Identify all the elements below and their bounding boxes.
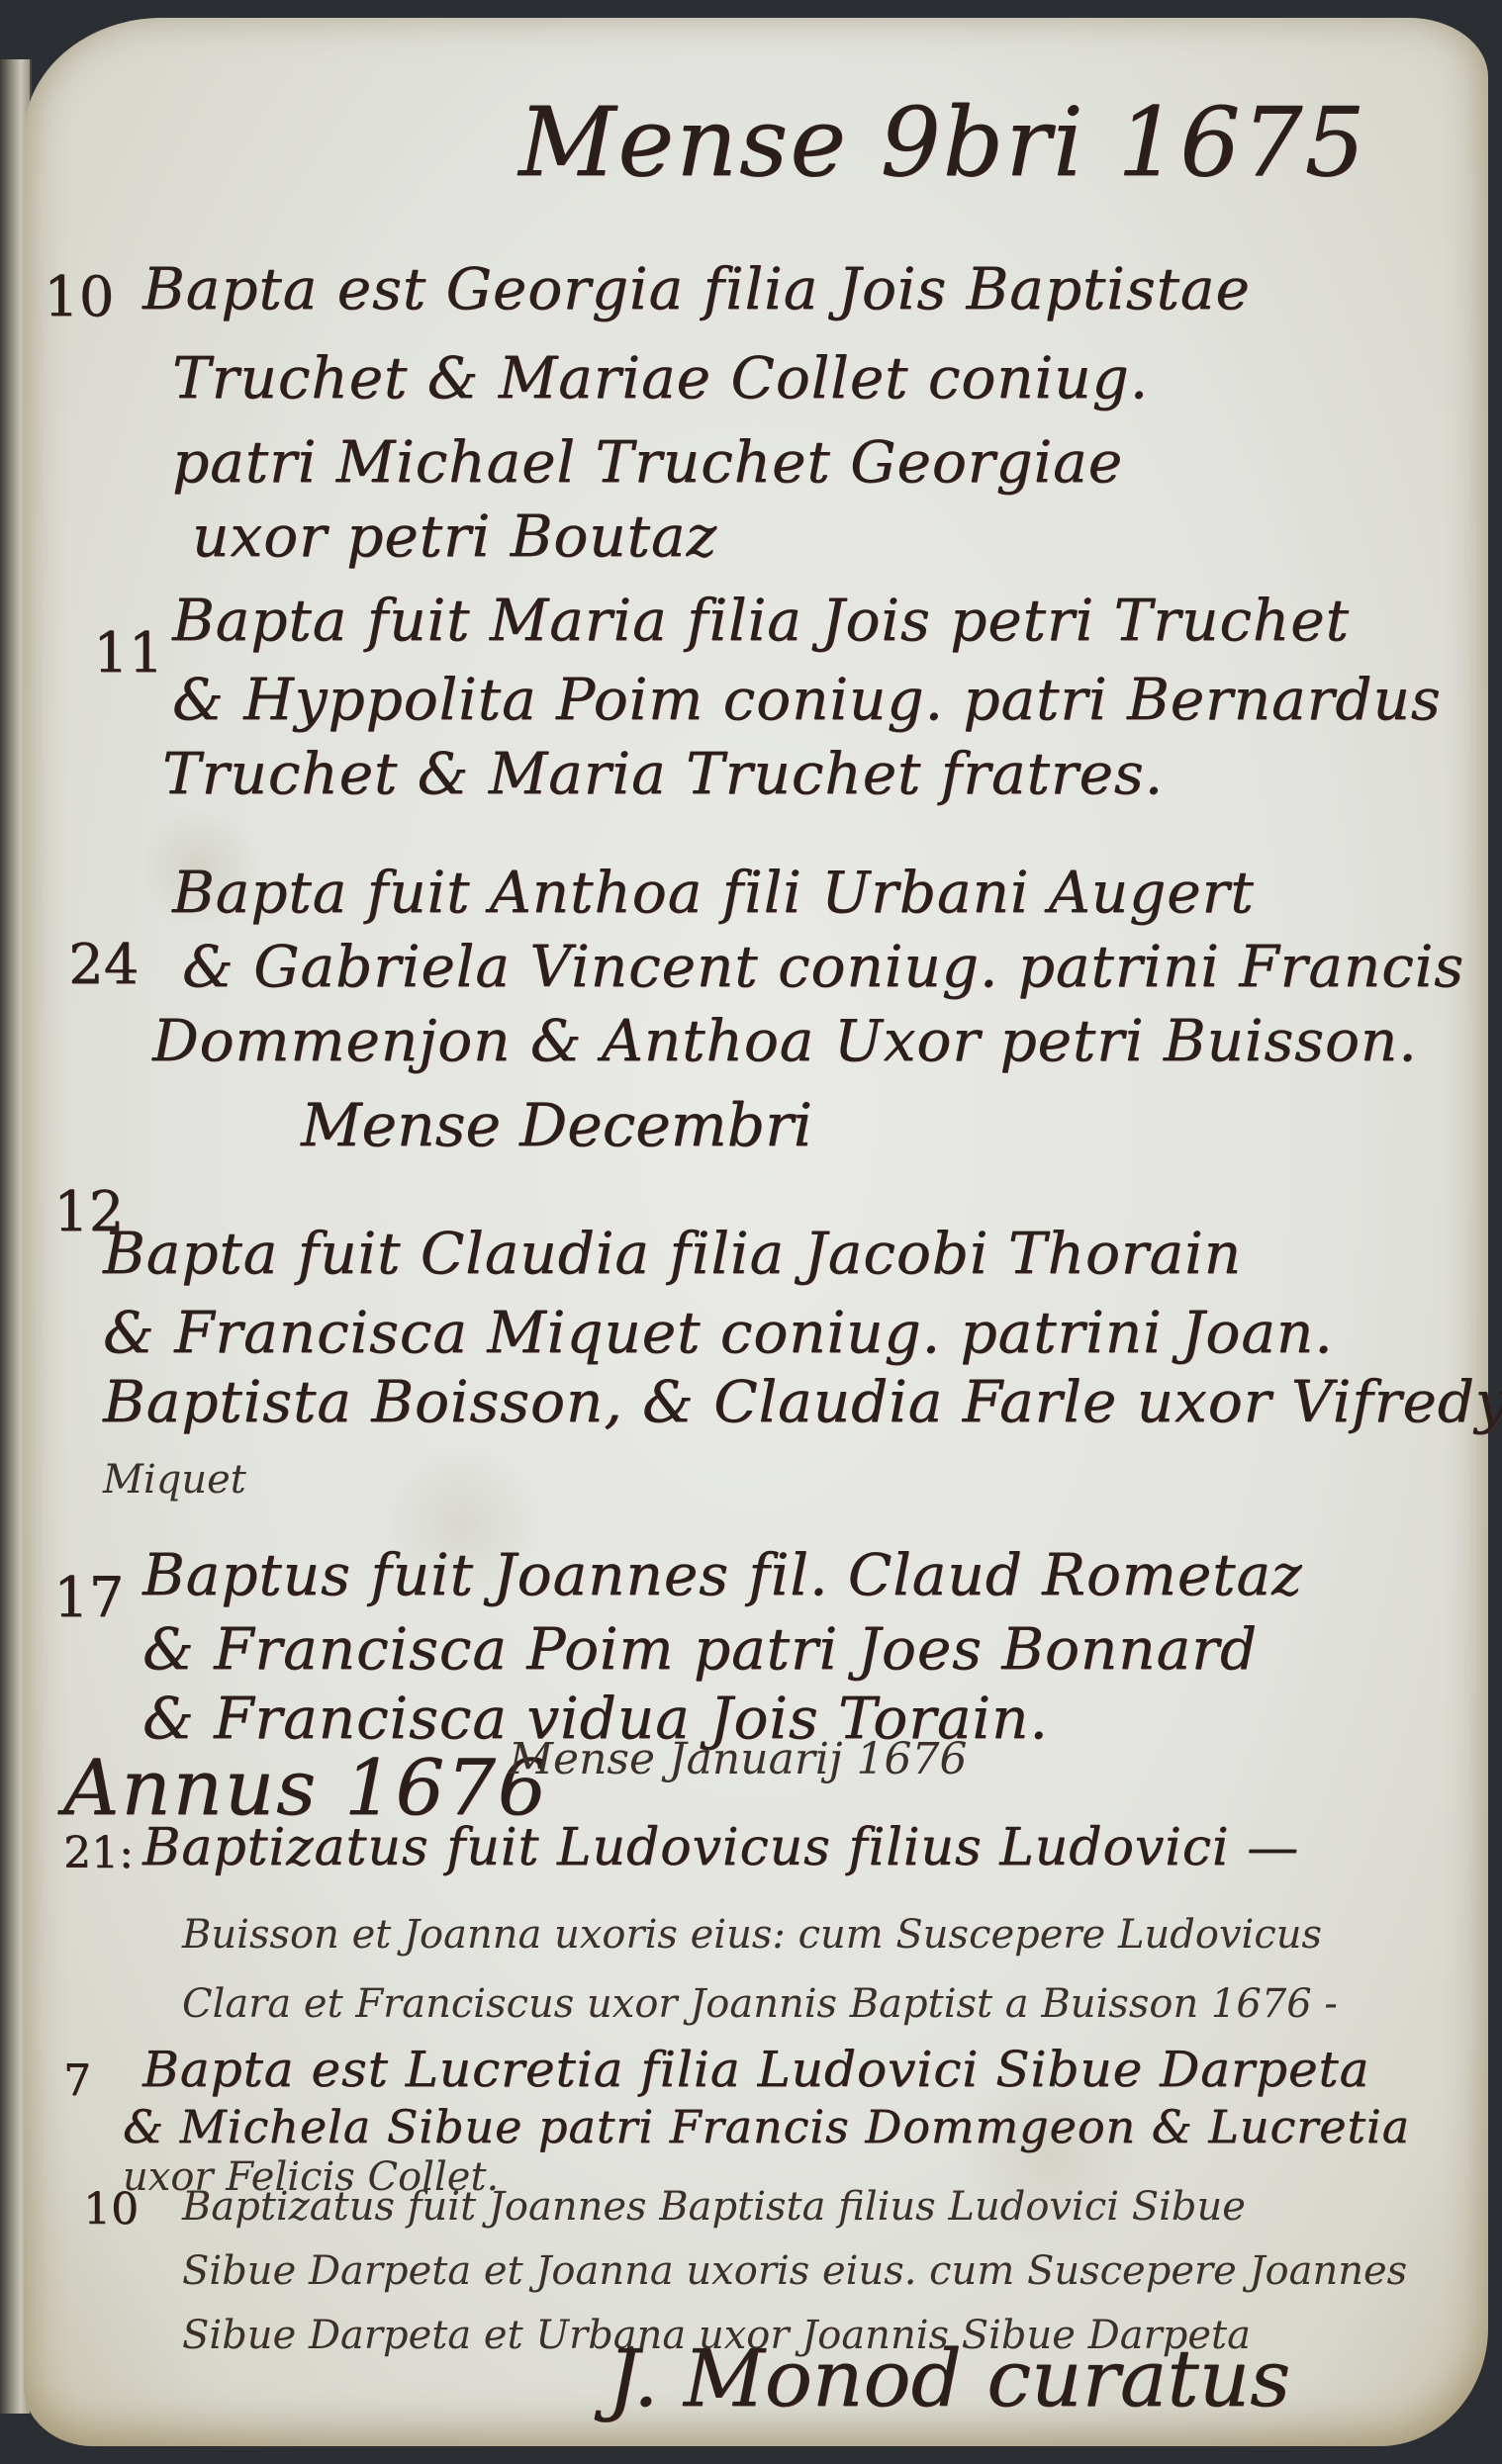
entry-day: 10	[83, 2184, 139, 2235]
curate-signature: J. Monod curatus	[608, 2332, 1290, 2424]
entry-line: Baptus fuit Joannes fil. Claud Rometaz	[142, 1541, 1303, 1608]
entry-line: Bapta fuit Anthoa fili Urbani Augert	[172, 859, 1255, 926]
entry-line: Truchet & Mariae Collet coniug.	[172, 344, 1149, 411]
entry-line: Truchet & Maria Truchet fratres.	[162, 740, 1164, 807]
manuscript-page: Mense 9bri 1675 10 Bapta est Georgia fil…	[24, 18, 1488, 2446]
entry-line: Clara et Franciscus uxor Joannis Baptist…	[182, 1981, 1338, 2027]
entry-day: 11	[93, 621, 163, 685]
entry-day: 21:	[63, 1828, 134, 1878]
entry-line: & Francisca Miquet coniug. patrini Joan.	[103, 1299, 1334, 1366]
section-heading: Mense Decembri	[301, 1091, 812, 1160]
entry-day: 17	[53, 1566, 124, 1630]
entry-line: Miquet	[103, 1457, 246, 1503]
entry-line: Bapta est Lucretia filia Ludovici Sibue …	[142, 2041, 1369, 2098]
entry-line: Sibue Darpeta et Joanna uxoris eius. cum…	[182, 2248, 1407, 2294]
entry-day: 10	[44, 265, 114, 329]
entry-line: & Gabriela Vincent coniug. patrini Franc…	[182, 933, 1464, 1000]
entry-line: Bapta fuit Maria filia Jois petri Truche…	[172, 587, 1350, 654]
entry-day: 24	[68, 933, 139, 997]
entry-line: Dommenjon & Anthoa Uxor petri Buisson.	[152, 1007, 1418, 1074]
entry-line: Bapta est Georgia filia Jois Baptistae	[142, 255, 1251, 322]
entry-line: Baptizatus fuit Joannes Baptista filius …	[182, 2184, 1246, 2230]
entry-line: & Michela Sibue patri Francis Dommgeon &…	[123, 2100, 1410, 2153]
entry-line: & Hyppolita Poim coniug. patri Bernardus	[172, 666, 1442, 733]
entry-line: uxor petri Boutaz	[192, 502, 717, 570]
year-subheading: Mense Januarij 1676	[509, 1734, 968, 1784]
entry-line: Baptizatus fuit Ludovicus filius Ludovic…	[142, 1818, 1299, 1877]
entry-line: Baptista Boisson, & Claudia Farle uxor V…	[103, 1368, 1502, 1435]
entry-line: Bapta fuit Claudia filia Jacobi Thorain	[103, 1220, 1242, 1287]
entry-line: patri Michael Truchet Georgiae	[172, 428, 1123, 496]
entry-line: & Francisca Poim patri Joes Bonnard	[142, 1615, 1258, 1683]
entry-day: 7	[63, 2055, 91, 2106]
page-heading: Mense 9bri 1675	[518, 87, 1366, 198]
entry-line: Buisson et Joanna uxoris eius: cum Susce…	[182, 1912, 1322, 1958]
